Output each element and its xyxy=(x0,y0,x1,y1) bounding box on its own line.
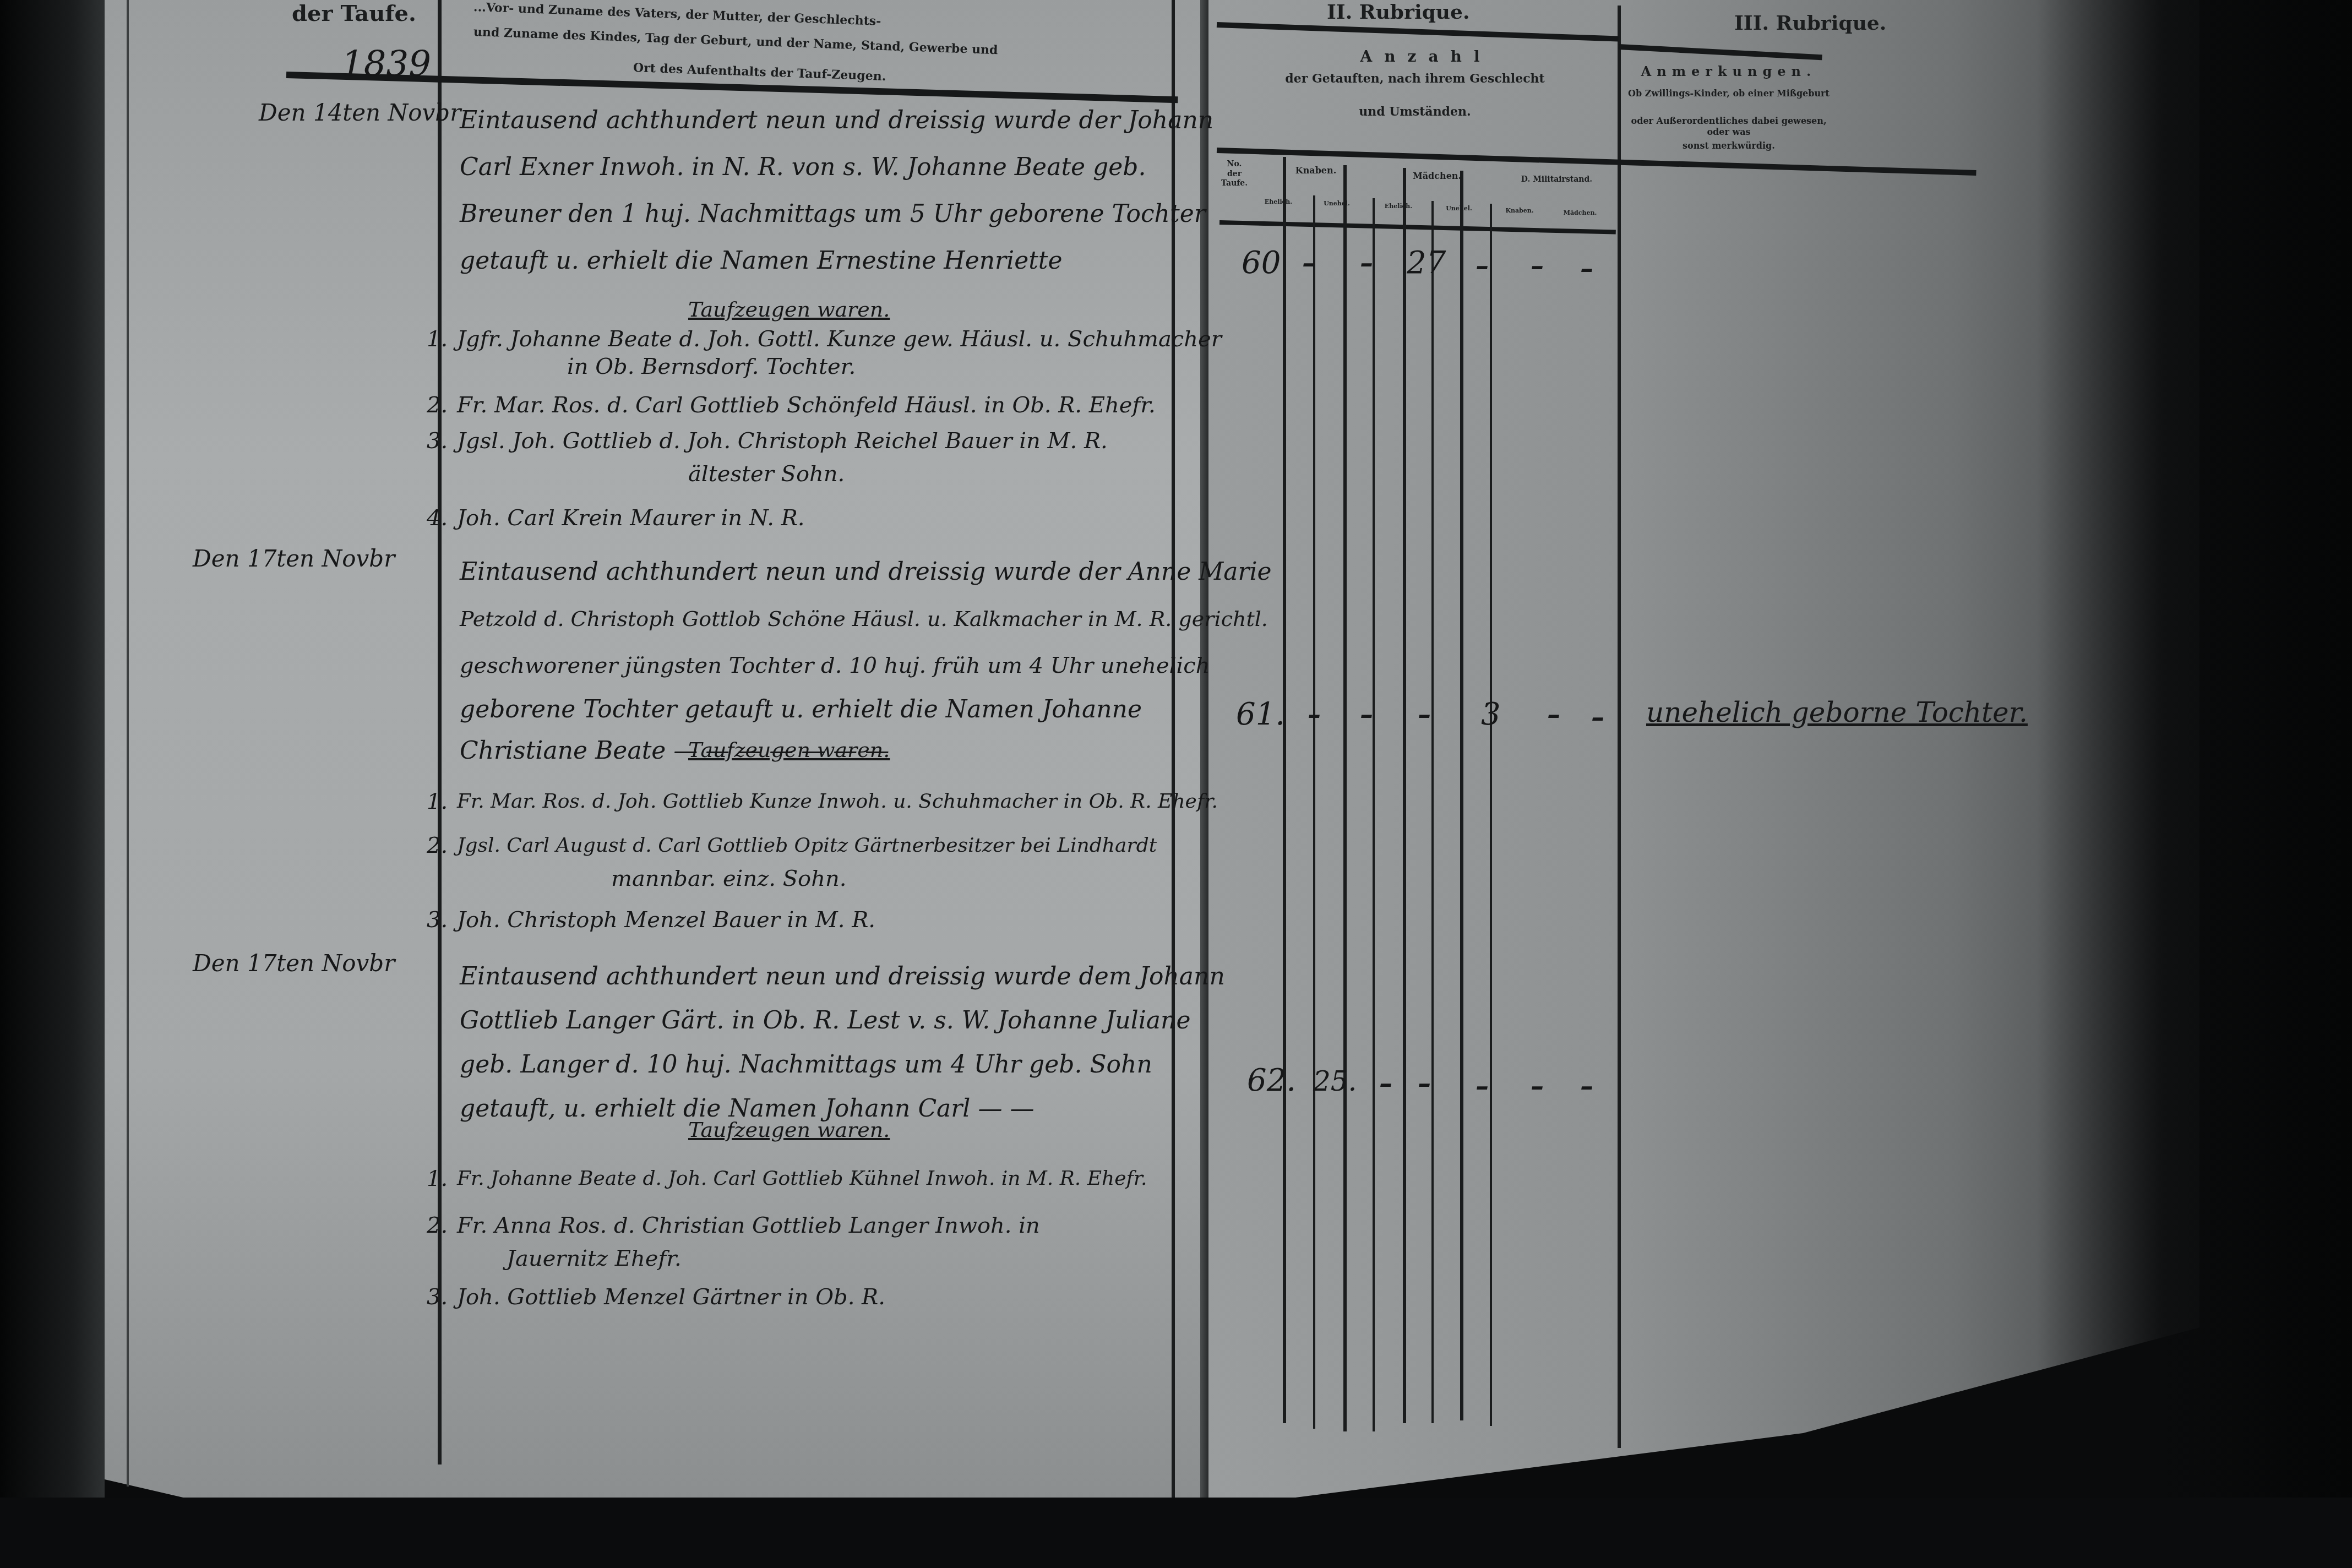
entry-number: 62. xyxy=(1247,1063,1296,1098)
militair-knaben: – xyxy=(1547,699,1560,730)
militair-maedchen: – xyxy=(1580,253,1593,284)
sponsor-line: mannbar. einz. Sohn. xyxy=(611,859,846,899)
col-taufe-title: der Taufe. xyxy=(292,0,416,28)
maedchen-ehelich: 27 xyxy=(1407,245,1446,281)
sponsors-heading: Taufzeugen waren. xyxy=(688,738,890,762)
col-no-label-2: der xyxy=(1221,170,1248,179)
knaben-unehel: – xyxy=(1360,699,1373,730)
remark-text: unehelich geborne Tochter. xyxy=(1646,696,2028,728)
col-sub-label: Unehel. xyxy=(1431,205,1487,213)
maedchen-ehelich: – xyxy=(1418,1068,1431,1099)
sponsor-line: Joh. Gottlieb Menzel Gärtner in Ob. R. xyxy=(457,1277,885,1317)
entry-text-line: Petzold d. Christoph Gottlob Schöne Häus… xyxy=(460,592,1268,646)
anzahl-subheading-1: der Getauften, nach ihrem Geschlecht xyxy=(1217,72,1613,87)
bottom-shadow xyxy=(0,1498,2352,1568)
sponsor-number: 2. xyxy=(427,1206,448,1245)
column-line xyxy=(1343,165,1347,1431)
column-line xyxy=(1313,195,1315,1429)
sponsor-number: 1. xyxy=(427,1159,448,1199)
entry-text-line: Carl Exner Inwoh. in N. R. von s. W. Joh… xyxy=(460,140,1146,194)
entry-date: Den 14ten Novbr xyxy=(259,99,461,126)
col-maedchen-label: Mädchen. xyxy=(1382,171,1492,182)
knaben-ehelich: – xyxy=(1308,699,1321,730)
sponsor-number: 4. xyxy=(427,498,448,538)
knaben-ehelich: – xyxy=(1302,248,1315,279)
rubrique-3-title: III. Rubrique. xyxy=(1734,11,1886,36)
sponsor-number: 1. xyxy=(427,319,448,359)
column-line xyxy=(1403,168,1406,1423)
militair-knaben: – xyxy=(1531,251,1544,281)
sponsors-heading: Taufzeugen waren. xyxy=(688,1118,890,1142)
register-year: 1839 xyxy=(341,44,431,85)
knaben-unehel: – xyxy=(1360,248,1373,279)
sponsor-number: 1. xyxy=(427,782,448,821)
entry-text-line: Eintausend achthundert neun und dreissig… xyxy=(460,545,1272,599)
sponsors-heading: Taufzeugen waren. xyxy=(688,297,890,322)
sponsor-line: in Ob. Bernsdorf. Tochter. xyxy=(567,347,856,386)
knaben-ehelich: 25. xyxy=(1313,1065,1357,1097)
anmerkungen-desc-2: oder Außerordentliches dabei gewesen, od… xyxy=(1627,116,1831,138)
entry-date: Den 17ten Novbr xyxy=(193,545,395,572)
maedchen-unehel: 3 xyxy=(1481,696,1501,732)
column-line xyxy=(1431,201,1434,1423)
column-line xyxy=(1490,204,1492,1426)
entry-text-line: Breuner den 1 huj. Nachmittags um 5 Uhr … xyxy=(460,187,1206,241)
sponsor-line: ältester Sohn. xyxy=(688,454,845,494)
sponsor-line: Jauernitz Ehefr. xyxy=(507,1239,682,1278)
militair-maedchen: – xyxy=(1591,702,1604,733)
column-line xyxy=(1460,171,1463,1420)
sponsor-number: 3. xyxy=(427,421,448,461)
anmerkungen-desc-1: Ob Zwillings-Kinder, ob einer Mißgeburt xyxy=(1627,88,1831,99)
entry-number: 61. xyxy=(1236,696,1285,732)
rubrique-divider xyxy=(1618,6,1621,1448)
anzahl-subheading-2: und Umständen. xyxy=(1217,105,1613,120)
sponsor-line: Joh. Christoph Menzel Bauer in M. R. xyxy=(457,900,875,940)
maedchen-unehel: – xyxy=(1476,1071,1489,1102)
sponsor-number: 3. xyxy=(427,1277,448,1317)
col-sub-label: Mädchen. xyxy=(1553,209,1608,217)
col-no-label-3: Taufe. xyxy=(1221,179,1248,189)
entry-text-line: getauft u. erhielt die Namen Ernestine H… xyxy=(460,234,1063,288)
col-no-label-1: No. xyxy=(1221,160,1248,170)
right-shadow xyxy=(2037,0,2352,1568)
anmerkungen-desc-3: sonst merkwürdig. xyxy=(1627,140,1831,151)
col-sub-label: Knaben. xyxy=(1492,207,1547,215)
col-militair-label: D. Militairstand. xyxy=(1498,175,1616,185)
col-no-label: No. der Taufe. xyxy=(1221,160,1248,189)
col-sub-label: Ehelich. xyxy=(1251,198,1306,206)
column-line xyxy=(1373,198,1375,1431)
knaben-unehel: – xyxy=(1379,1068,1392,1099)
column-line xyxy=(1283,157,1286,1423)
maedchen-ehelich: – xyxy=(1418,699,1431,730)
entry-number: 60 xyxy=(1242,245,1281,281)
col-sub-label: Unehel. xyxy=(1309,200,1364,208)
sponsor-line: Fr. Mar. Ros. d. Joh. Gottlieb Kunze Inw… xyxy=(457,782,1218,821)
entry-text-line: Eintausend achthundert neun und dreissig… xyxy=(460,94,1213,148)
anmerkungen-heading: Anmerkungen. xyxy=(1630,63,1828,80)
rubrique-2-title: II. Rubrique. xyxy=(1327,0,1469,25)
sponsor-number: 3. xyxy=(427,900,448,940)
anzahl-heading: Anzahl xyxy=(1239,47,1613,66)
sponsor-line: Joh. Carl Krein Maurer in N. R. xyxy=(457,498,805,538)
entry-date: Den 17ten Novbr xyxy=(193,950,395,977)
maedchen-unehel: – xyxy=(1476,251,1489,281)
col-sub-label: Ehelich. xyxy=(1371,203,1426,210)
militair-knaben: – xyxy=(1531,1071,1544,1102)
sponsor-number: 2. xyxy=(427,826,448,865)
left-shadow xyxy=(0,0,105,1568)
sponsor-line: Fr. Mar. Ros. d. Carl Gottlieb Schönfeld… xyxy=(457,385,1156,425)
sponsor-line: Fr. Johanne Beate d. Joh. Carl Gottlieb … xyxy=(457,1159,1147,1199)
sponsor-number: 2. xyxy=(427,385,448,425)
col-knaben-label: Knaben. xyxy=(1261,165,1371,176)
militair-maedchen: – xyxy=(1580,1071,1593,1102)
left-margin-line xyxy=(127,0,129,1487)
